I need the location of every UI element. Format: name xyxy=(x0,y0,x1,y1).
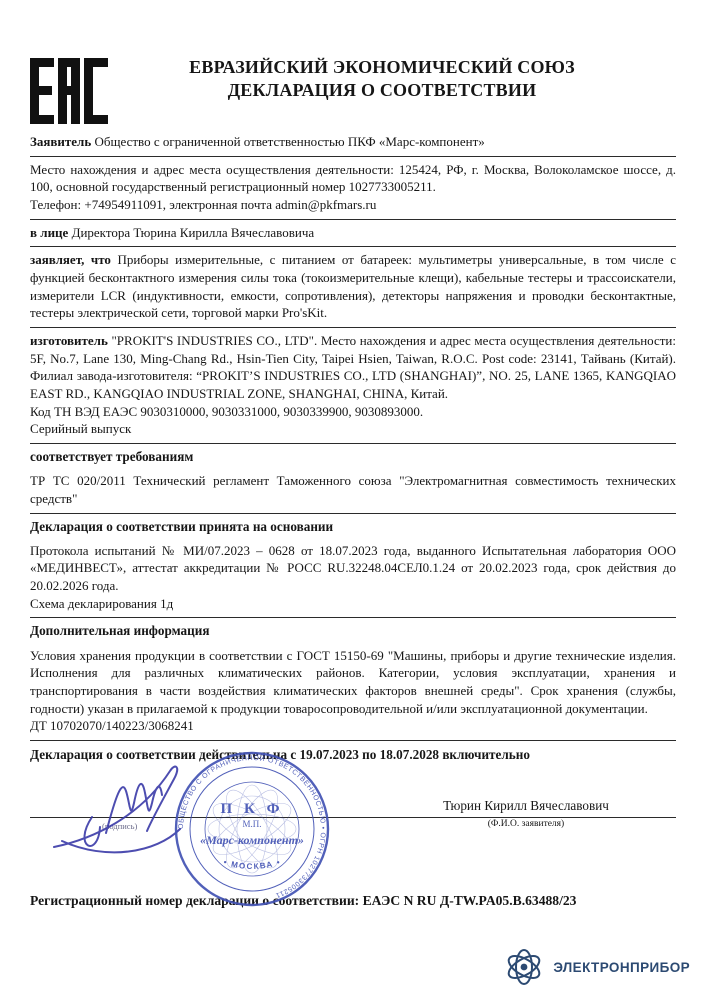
regulation-text: ТР ТС 020/2011 Технический регламент Там… xyxy=(30,472,676,507)
title-line-2: ДЕКЛАРАЦИЯ О СООТВЕТСТВИИ xyxy=(118,79,646,102)
declaration-document: ЕВРАЗИЙСКИЙ ЭКОНОМИЧЕСКИЙ СОЮЗ ДЕКЛАРАЦИ… xyxy=(0,0,706,1000)
stamp-city-text: • МОСКВА • xyxy=(222,857,282,871)
declares-section: заявляет, что Приборы измерительные, с п… xyxy=(30,247,676,328)
phone-text: Телефон: +74954911091, электронная почта… xyxy=(30,196,676,214)
svg-text:• МОСКВА •: • МОСКВА • xyxy=(222,857,282,871)
title-line-1: ЕВРАЗИЙСКИЙ ЭКОНОМИЧЕСКИЙ СОЮЗ xyxy=(118,56,646,79)
manufacturer-text: "PROKIT'S INDUSTRIES CO., LTD". Место на… xyxy=(30,333,676,401)
manufacturer-label: изготовитель xyxy=(30,333,108,348)
signature-area: (подпись) xyxy=(30,767,676,867)
basis-header: Декларация о соответствии принята на осн… xyxy=(30,518,676,535)
document-title: ЕВРАЗИЙСКИЙ ЭКОНОМИЧЕСКИЙ СОЮЗ ДЕКЛАРАЦИ… xyxy=(118,56,676,102)
site-watermark: ЭЛЕКТРОНПРИБОР xyxy=(502,948,690,986)
watermark-brand: ЭЛЕКТРОНПРИБОР xyxy=(553,960,690,975)
basis-section: Декларация о соответствии принята на осн… xyxy=(30,514,676,619)
applicant-label: Заявитель xyxy=(30,134,91,149)
person-value: Директора Тюрина Кирилла Вячеславовича xyxy=(72,225,315,240)
person-label: в лице xyxy=(30,225,68,240)
person-section: в лице Директора Тюрина Кирилла Вячеслав… xyxy=(30,220,676,248)
company-stamp: ОБЩЕСТВО С ОГРАНИЧЕННОЙ ОТВЕТСТВЕННОСТЬЮ… xyxy=(172,749,332,909)
requirements-section: соответствует требованиям ТР ТС 020/2011… xyxy=(30,444,676,514)
stamp-center-pkf: П К Ф xyxy=(221,801,284,817)
stamp-center-company: «Марс-компонент» xyxy=(200,833,304,847)
eac-mark-icon xyxy=(30,58,108,124)
registration-number-row: Регистрационный номер декларации о соотв… xyxy=(30,893,676,909)
applicant-section: Заявитель Общество с ограниченной ответс… xyxy=(30,129,676,157)
declares-text: Приборы измерительные, с питанием от бат… xyxy=(30,252,676,320)
eac-mark xyxy=(30,56,118,129)
applicant-value: Общество с ограниченной ответственностью… xyxy=(94,134,484,149)
basis-text: Протокола испытаний № МИ/07.2023 – 0628 … xyxy=(30,542,676,595)
stamp-center-mp: М.П. xyxy=(242,819,261,829)
additional-header: Дополнительная информация xyxy=(30,622,676,639)
document-header: ЕВРАЗИЙСКИЙ ЭКОНОМИЧЕСКИЙ СОЮЗ ДЕКЛАРАЦИ… xyxy=(0,0,706,129)
tnved-code: Код ТН ВЭД ЕАЭС 9030310000, 9030331000, … xyxy=(30,403,676,421)
applicant-name-block: Тюрин Кирилл Вячеславович (Ф.И.О. заявит… xyxy=(382,797,670,829)
address-text: Место нахождения и адрес места осуществл… xyxy=(30,161,676,196)
declares-label: заявляет, что xyxy=(30,252,111,267)
applicant-full-name: Тюрин Кирилл Вячеславович xyxy=(382,797,670,815)
dt-number: ДТ 10702070/140223/3068241 xyxy=(30,717,676,735)
address-section: Место нахождения и адрес места осуществл… xyxy=(30,157,676,220)
additional-info-section: Дополнительная информация Условия хранен… xyxy=(30,618,676,741)
registration-number: ЕАЭС N RU Д-TW.PA05.B.63488/23 xyxy=(363,893,577,908)
manufacturer-section: изготовитель "PROKIT'S INDUSTRIES CO., L… xyxy=(30,328,676,444)
additional-text: Условия хранения продукции в соответстви… xyxy=(30,647,676,718)
complies-header: соответствует требованиям xyxy=(30,448,676,465)
serial-issue: Серийный выпуск xyxy=(30,420,676,438)
applicant-name-caption: (Ф.И.О. заявителя) xyxy=(382,815,670,829)
atom-icon xyxy=(502,948,546,986)
scheme-text: Схема декларирования 1д xyxy=(30,595,676,613)
